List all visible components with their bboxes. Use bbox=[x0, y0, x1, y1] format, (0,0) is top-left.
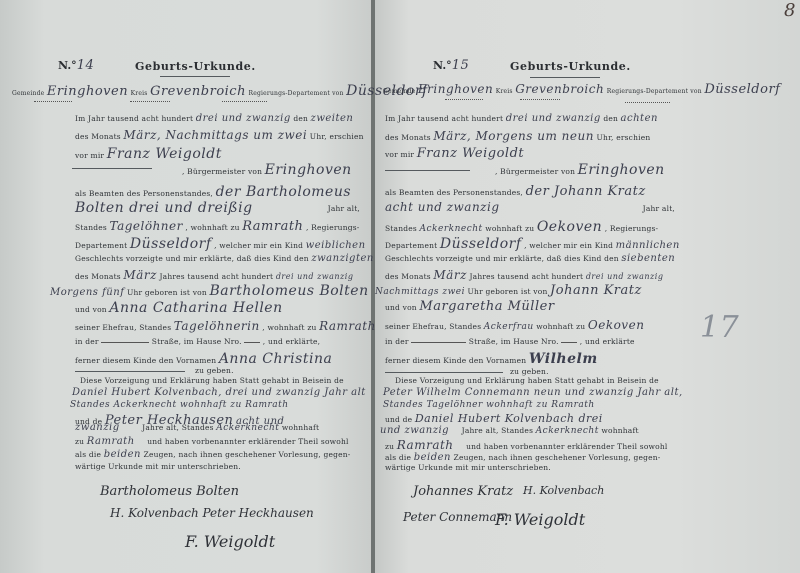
signature-mayor: F. Weigoldt bbox=[185, 532, 275, 551]
handwritten-text: Oekoven bbox=[588, 318, 645, 332]
printed-text: , Bürgermeister von bbox=[495, 167, 575, 176]
header-line: Gemeinde Eringhoven Kreis Grevenbroich R… bbox=[383, 82, 780, 97]
text-line: in der Straße, im Hause Nro. , und erklä… bbox=[385, 337, 635, 346]
handwritten-text: der Bartholomeus bbox=[216, 184, 351, 200]
printed-text: Uhr geboren ist von bbox=[468, 287, 548, 296]
printed-text: , und erklärte bbox=[580, 337, 635, 346]
text-line: Standes Ackerknecht wohnhaft zu Oekoven … bbox=[385, 219, 658, 235]
handwritten-text: Standes Ackerknecht wohnhaft zu Ramrath bbox=[70, 400, 289, 410]
handwritten-text: drei und zwanzig bbox=[586, 272, 664, 281]
text-line: zu Ramrath und haben vorbenannter erklär… bbox=[75, 436, 349, 447]
handwritten-text: Ackerknecht bbox=[536, 426, 599, 436]
printed-text: als Beamten des Personenstandes, bbox=[385, 188, 523, 197]
certificate-15: N.°15 Geburts-Urkunde. Gemeinde Eringhov… bbox=[375, 0, 800, 573]
kreis-label: Kreis bbox=[131, 90, 148, 97]
dotted-rule bbox=[520, 99, 560, 100]
handwritten-text: der Johann Kratz bbox=[526, 184, 646, 199]
printed-text: vor mir bbox=[75, 151, 104, 160]
register-book: N.°14 Geburts-Urkunde. Gemeinde Eringhov… bbox=[0, 0, 800, 573]
printed-text: in der bbox=[385, 337, 409, 346]
text-line: und de Daniel Hubert Kolvenbach drei bbox=[385, 412, 603, 425]
printed-text: wohnhaft bbox=[601, 426, 638, 435]
handwritten-text: März bbox=[433, 268, 467, 282]
handwritten-text: zweiten bbox=[311, 113, 354, 124]
text-line: zwanzig Jahre alt, Standes Ackerknecht w… bbox=[75, 422, 319, 433]
printed-text: seiner Ehefrau, Standes bbox=[385, 322, 481, 331]
page-corner-number: 8 bbox=[784, 0, 796, 21]
number-label: N.° bbox=[58, 59, 77, 72]
printed-text: zu bbox=[75, 437, 84, 446]
handwritten-text: Ramrath bbox=[87, 436, 135, 447]
printed-text: Straße, im Hause Nro. bbox=[469, 337, 559, 346]
text-line: acht und zwanzig Jahr alt, bbox=[385, 200, 675, 214]
handwritten-text: Düsseldorf bbox=[130, 236, 212, 252]
gemeinde-label: Gemeinde bbox=[12, 90, 44, 97]
gemeinde-value: Eringhoven bbox=[47, 84, 128, 99]
handwritten-text: Bolten drei und dreißig bbox=[75, 200, 253, 216]
text-line: in der Straße, im Hause Nro. , und erklä… bbox=[75, 337, 320, 346]
text-line: vor mir Franz Weigoldt bbox=[385, 146, 524, 161]
text-line: Morgens fünf Uhr geboren ist von Barthol… bbox=[50, 283, 369, 299]
handwritten-text: Ramrath bbox=[397, 438, 454, 452]
printed-text: als Beamten des Personenstandes, bbox=[75, 189, 213, 198]
printed-text: Vornamen bbox=[486, 356, 526, 365]
text-line: und von Anna Catharina Hellen bbox=[75, 300, 283, 316]
printed-text: Standes bbox=[385, 224, 417, 233]
handwritten-text: drei und zwanzig bbox=[506, 113, 601, 124]
handwritten-text: weiblichen bbox=[306, 240, 366, 251]
printed-text: und von bbox=[385, 303, 417, 312]
blank-rule bbox=[385, 372, 503, 373]
text-line: Im Jahr tausend acht hundert drei und zw… bbox=[75, 113, 353, 124]
printed-text: Jahres tausend acht hundert bbox=[159, 272, 273, 281]
text-line: und von Margaretha Müller bbox=[385, 299, 555, 314]
printed-text: Uhr, erschien bbox=[597, 133, 651, 142]
text-line: als Beamten des Personenstandes, der Joh… bbox=[385, 184, 646, 199]
handwritten-text: drei und zwanzig bbox=[276, 272, 354, 281]
title-rule bbox=[160, 76, 230, 77]
printed-text: Geschlechts vorzeigte und mir erklärte, … bbox=[75, 254, 309, 263]
handwritten-text: Margaretha Müller bbox=[419, 299, 554, 314]
printed-text: Uhr geboren ist von bbox=[127, 288, 207, 297]
handwritten-text: Wilhelm bbox=[529, 351, 598, 367]
text-line: seiner Ehefrau, Standes Ackerfrau wohnha… bbox=[385, 318, 644, 332]
printed-text: wärtige Urkunde mit mir unterschrieben. bbox=[75, 462, 241, 471]
handwritten-text: Oekoven bbox=[537, 219, 602, 235]
text-line: des Monats März Jahres tausend acht hund… bbox=[75, 268, 353, 282]
text-line: als die beiden Zeugen, nach ihnen gesche… bbox=[75, 449, 351, 460]
number-label: N.° bbox=[433, 59, 452, 72]
printed-text: wohnhaft zu bbox=[485, 224, 534, 233]
handwritten-text: Tagelöhner bbox=[110, 219, 183, 233]
text-line: des Monats März Jahres tausend acht hund… bbox=[385, 268, 663, 282]
printed-text: , Regierungs- bbox=[605, 224, 659, 233]
handwritten-text: Peter Wilhelm Connemann neun und zwanzig… bbox=[383, 387, 683, 398]
printed-text: , Regierungs- bbox=[306, 223, 360, 232]
printed-text: Vornamen bbox=[176, 356, 216, 365]
printed-text: zu geben. bbox=[195, 366, 234, 375]
kreis-value: Grevenbroich bbox=[515, 82, 604, 96]
printed-text: Geschlechts vorzeigte und mir erklärte, … bbox=[385, 254, 619, 263]
handwritten-text: Tagelöhnerin bbox=[174, 319, 260, 333]
signature-witnesses: H. Kolvenbach Peter Heckhausen bbox=[110, 506, 314, 520]
handwritten-text: drei und zwanzig bbox=[196, 113, 291, 124]
text-line: Standes Tagelöhner , wohnhaft zu Ramrath… bbox=[75, 219, 360, 234]
handwritten-text: Daniel Hubert Kolvenbach, drei und zwanz… bbox=[72, 387, 366, 398]
printed-text: des Monats bbox=[75, 272, 121, 281]
handwritten-text: Ackerfrau bbox=[484, 322, 534, 332]
printed-text: des Monats bbox=[385, 272, 431, 281]
kreis-value: Grevenbroich bbox=[150, 84, 246, 99]
handwritten-text: Standes Tagelöhner wohnhaft zu Ramrath bbox=[383, 400, 595, 410]
text-line: , Bürgermeister von Eringhoven bbox=[495, 162, 665, 178]
text-line: Im Jahr tausend acht hundert drei und zw… bbox=[385, 113, 658, 124]
printed-text: zu bbox=[385, 442, 394, 451]
printed-text: wohnhaft zu bbox=[536, 322, 585, 331]
text-line: seiner Ehefrau, Standes Tagelöhnerin , w… bbox=[75, 319, 376, 333]
certificate-title: Geburts-Urkunde. bbox=[510, 60, 631, 73]
blank-rule bbox=[75, 371, 185, 372]
printed-text: Zeugen, nach ihnen geschehener Vorlesung… bbox=[144, 450, 351, 459]
signature-father: Bartholomeus Bolten bbox=[100, 484, 239, 499]
handwritten-text: Bartholomeus Bolten bbox=[209, 283, 368, 299]
handwritten-text: zwanzig bbox=[75, 422, 120, 433]
signature-father: Johannes Kratz bbox=[413, 484, 513, 499]
handwritten-text: achten bbox=[621, 113, 658, 124]
departement-label: Regierungs-Departement von bbox=[607, 88, 702, 95]
printed-text: Jahre alt, Standes bbox=[462, 426, 534, 435]
printed-text: als die bbox=[75, 450, 101, 459]
printed-text: und haben vorbenannter erklärender Theil… bbox=[466, 442, 667, 451]
blank-rule bbox=[72, 168, 152, 169]
text-line: Diese Vorzeigung und Erklärung haben Sta… bbox=[395, 376, 659, 385]
pencil-margin-note: 17 bbox=[700, 310, 739, 345]
printed-text: Departement bbox=[385, 241, 437, 250]
printed-text: ferner diesem Kinde den bbox=[385, 356, 484, 365]
printed-text: Departement bbox=[75, 241, 127, 250]
text-line: vor mir Franz Weigoldt bbox=[75, 146, 222, 162]
handwritten-text: beiden bbox=[414, 452, 451, 463]
handwritten-text: Franz Weigoldt bbox=[417, 146, 524, 161]
printed-text: zu geben. bbox=[510, 367, 549, 376]
printed-text: , wohnhaft zu bbox=[262, 323, 316, 332]
certificate-14: N.°14 Geburts-Urkunde. Gemeinde Eringhov… bbox=[0, 0, 372, 573]
dotted-rule bbox=[130, 101, 170, 102]
number-value: 15 bbox=[452, 58, 470, 73]
blank-rule bbox=[411, 342, 466, 343]
text-line: Geschlechts vorzeigte und mir erklärte, … bbox=[75, 253, 374, 264]
dotted-rule bbox=[34, 101, 72, 102]
printed-text: wohnhaft bbox=[282, 423, 319, 432]
handwritten-text: Anna Christina bbox=[219, 351, 333, 367]
handwritten-text: Eringhoven bbox=[578, 162, 665, 178]
blank-rule bbox=[385, 170, 470, 171]
printed-text: des Monats bbox=[75, 132, 121, 141]
handwritten-text: Daniel Hubert Kolvenbach drei bbox=[415, 412, 603, 425]
signature-witness: H. Kolvenbach bbox=[523, 484, 604, 497]
handwritten-text: Morgens fünf bbox=[50, 287, 124, 298]
handwritten-text: Ramrath bbox=[242, 219, 303, 234]
printed-text: Zeugen, nach ihnen geschehener Vorlesung… bbox=[454, 453, 661, 462]
printed-text: , welcher mir ein Kind bbox=[214, 241, 303, 250]
printed-text: den bbox=[603, 114, 618, 123]
certificate-number: N.°15 bbox=[433, 58, 469, 73]
handwritten-text: Anna Catharina Hellen bbox=[109, 300, 282, 316]
text-line: als die beiden Zeugen, nach ihnen gesche… bbox=[385, 452, 661, 463]
text-line: Diese Vorzeigung und Erklärung haben Sta… bbox=[80, 376, 344, 385]
handwritten-text: siebenten bbox=[621, 253, 675, 264]
printed-text: seiner Ehefrau, Standes bbox=[75, 323, 171, 332]
gemeinde-value: Eringhoven bbox=[418, 82, 493, 96]
printed-text: Straße, im Hause Nro. bbox=[152, 337, 242, 346]
handwritten-text: männlichen bbox=[616, 240, 680, 251]
printed-text: ferner diesem Kinde den bbox=[75, 356, 174, 365]
handwritten-text: beiden bbox=[104, 449, 141, 460]
title-rule bbox=[530, 77, 600, 78]
printed-text: wärtige Urkunde mit mir unterschrieben. bbox=[385, 463, 551, 472]
certificate-number: N.°14 bbox=[58, 58, 94, 73]
printed-text: des Monats bbox=[385, 133, 431, 142]
printed-text: und de bbox=[385, 415, 412, 424]
handwritten-text: Johann Kratz bbox=[550, 283, 642, 298]
printed-text: Jahr alt, bbox=[643, 204, 675, 213]
text-line: Geschlechts vorzeigte und mir erklärte, … bbox=[385, 253, 675, 264]
handwritten-text: März bbox=[123, 268, 157, 282]
printed-text: Diese Vorzeigung und Erklärung haben Sta… bbox=[80, 376, 344, 385]
printed-text: Standes bbox=[75, 223, 107, 232]
header-line: Gemeinde Eringhoven Kreis Grevenbroich R… bbox=[12, 83, 428, 99]
signature-mayor: F. Weigoldt bbox=[495, 510, 585, 529]
printed-text: Jahres tausend acht hundert bbox=[469, 272, 583, 281]
printed-text: in der bbox=[75, 337, 99, 346]
handwritten-text: März, Nachmittags um zwei bbox=[123, 128, 307, 142]
printed-text: , welcher mir ein Kind bbox=[524, 241, 613, 250]
handwritten-text: Düsseldorf bbox=[440, 236, 522, 252]
printed-text: den bbox=[293, 114, 308, 123]
text-line: Departement Düsseldorf , welcher mir ein… bbox=[385, 236, 680, 252]
handwritten-text: März, Morgens um neun bbox=[433, 129, 594, 143]
text-line: , Bürgermeister von Eringhoven bbox=[182, 162, 352, 178]
printed-text: vor mir bbox=[385, 150, 414, 159]
printed-text: und haben vorbenannter erklärender Theil… bbox=[147, 437, 348, 446]
text-line: des Monats März, Nachmittags um zwei Uhr… bbox=[75, 128, 364, 142]
departement-label: Regierungs-Departement von bbox=[249, 90, 344, 97]
printed-text: als die bbox=[385, 453, 411, 462]
printed-text: und von bbox=[75, 305, 107, 314]
text-line: des Monats März, Morgens um neun Uhr, er… bbox=[385, 129, 650, 143]
printed-text: Uhr, erschien bbox=[310, 132, 364, 141]
handwritten-text: acht und zwanzig bbox=[385, 200, 500, 214]
printed-text: Jahre alt, Standes bbox=[142, 423, 214, 432]
text-line: zu Ramrath und haben vorbenannter erklär… bbox=[385, 438, 668, 452]
printed-text: , Bürgermeister von bbox=[182, 167, 262, 176]
handwritten-text: Franz Weigoldt bbox=[107, 146, 222, 162]
handwritten-text: Eringhoven bbox=[265, 162, 352, 178]
printed-text: Diese Vorzeigung und Erklärung haben Sta… bbox=[395, 376, 659, 385]
text-line: ferner diesem Kinde den Vornamen Anna Ch… bbox=[75, 351, 332, 367]
dotted-rule bbox=[445, 99, 483, 100]
printed-text: , wohnhaft zu bbox=[185, 223, 239, 232]
text-line: als Beamten des Personenstandes, der Bar… bbox=[75, 184, 351, 200]
printed-text: , und erklärte, bbox=[263, 337, 320, 346]
text-line: Bolten drei und dreißig Jahr alt, bbox=[75, 200, 360, 216]
printed-text: Im Jahr tausend acht hundert bbox=[385, 114, 503, 123]
dotted-rule bbox=[222, 101, 267, 102]
printed-text: Jahr alt, bbox=[328, 204, 360, 213]
text-line: Nachmittags zwei Uhr geboren ist von Joh… bbox=[375, 283, 642, 298]
printed-text: Im Jahr tausend acht hundert bbox=[75, 114, 193, 123]
certificate-title: Geburts-Urkunde. bbox=[135, 60, 256, 73]
text-line: und zwanzig Jahre alt, Standes Ackerknec… bbox=[380, 425, 639, 436]
handwritten-text: und zwanzig bbox=[380, 425, 449, 436]
handwritten-text: Nachmittags zwei bbox=[375, 287, 465, 297]
handwritten-text: Ackerknecht bbox=[216, 423, 279, 433]
handwritten-text: Ramrath bbox=[319, 319, 376, 333]
blank-rule bbox=[101, 342, 149, 343]
dotted-rule bbox=[625, 102, 670, 103]
handwritten-text: Ackerknecht bbox=[420, 224, 483, 234]
handwritten-text: zwanzigten bbox=[311, 253, 373, 264]
departement-value: Düsseldorf bbox=[704, 82, 780, 97]
text-line: ferner diesem Kinde den Vornamen Wilhelm bbox=[385, 351, 598, 367]
blank-rule bbox=[561, 342, 577, 343]
kreis-label: Kreis bbox=[496, 88, 513, 95]
number-value: 14 bbox=[77, 58, 95, 73]
gemeinde-label: Gemeinde bbox=[383, 88, 415, 95]
text-line: Departement Düsseldorf , welcher mir ein… bbox=[75, 236, 366, 252]
blank-rule bbox=[244, 342, 260, 343]
